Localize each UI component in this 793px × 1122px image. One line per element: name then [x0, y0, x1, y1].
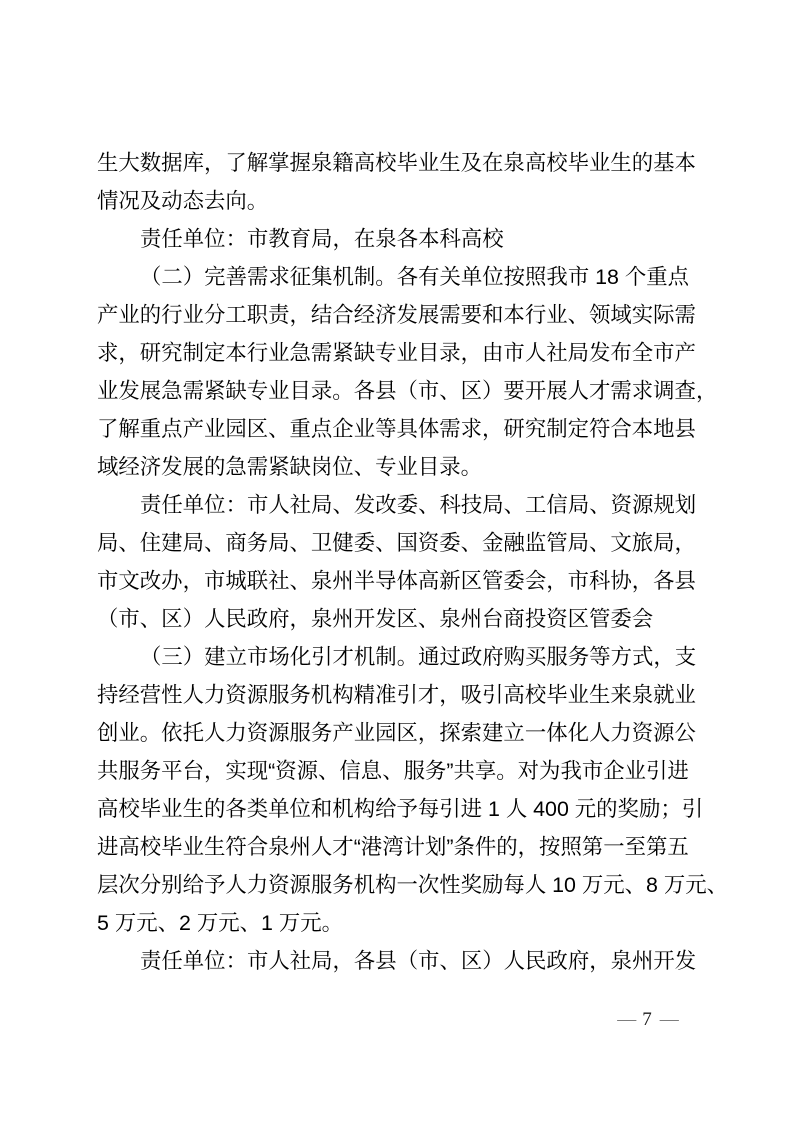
text-line: 业发展急需紧缺专业目录。各县（市、区）要开展人才需求调查， [97, 372, 711, 410]
text-line: 产业的行业分工职责，结合经济发展需要和本行业、领域实际需 [97, 296, 711, 334]
text-line: 5 万元、2 万元、1 万元。 [97, 904, 711, 942]
text-line-section-3-heading: （三）建立市场化引才机制。通过政府购买服务等方式，支 [97, 638, 711, 676]
text-line: 高校毕业生的各类单位和机构给予每引进 1 人 400 元的奖励；引 [97, 790, 711, 828]
page-number-value: 7 [634, 1009, 660, 1030]
text-line: （市、区）人民政府，泉州开发区、泉州台商投资区管委会 [97, 600, 711, 638]
text-line: 情况及动态去向。 [97, 182, 711, 220]
text-line: 了解重点产业园区、重点企业等具体需求，研究制定符合本地县 [97, 410, 711, 448]
text-line: 共服务平台，实现“资源、信息、服务”共享。对为我市企业引进 [97, 752, 711, 790]
text-line-section-2-heading: （二）完善需求征集机制。各有关单位按照我市 18 个重点 [97, 258, 711, 296]
text-line: 局、住建局、商务局、卫健委、国资委、金融监管局、文旅局， [97, 524, 711, 562]
text-line: 市文改办，市城联社、泉州半导体高新区管委会，市科协，各县 [97, 562, 711, 600]
text-line: 层次分别给予人力资源服务机构一次性奖励每人 10 万元、8 万元、 [97, 866, 711, 904]
text-line: 生大数据库，了解掌握泉籍高校毕业生及在泉高校毕业生的基本 [97, 144, 711, 182]
document-page: 生大数据库，了解掌握泉籍高校毕业生及在泉高校毕业生的基本 情况及动态去向。 责任… [0, 0, 793, 1122]
text-line-responsible-unit: 责任单位：市教育局，在泉各本科高校 [97, 220, 711, 258]
text-line: 创业。依托人力资源服务产业园区，探索建立一体化人力资源公 [97, 714, 711, 752]
page-number: —7— [612, 1008, 682, 1032]
text-line: 域经济发展的急需紧缺岗位、专业目录。 [97, 448, 711, 486]
text-line-responsible-unit: 责任单位：市人社局，各县（市、区）人民政府，泉州开发 [97, 942, 711, 980]
page-number-left-dash: — [617, 1009, 634, 1030]
document-body: 生大数据库，了解掌握泉籍高校毕业生及在泉高校毕业生的基本 情况及动态去向。 责任… [97, 144, 711, 980]
page-number-right-dash: — [660, 1009, 677, 1030]
text-line: 持经营性人力资源服务机构精准引才，吸引高校毕业生来泉就业 [97, 676, 711, 714]
text-line: 进高校毕业生符合泉州人才“港湾计划”条件的，按照第一至第五 [97, 828, 711, 866]
text-line: 求，研究制定本行业急需紧缺专业目录，由市人社局发布全市产 [97, 334, 711, 372]
text-line-responsible-unit: 责任单位：市人社局、发改委、科技局、工信局、资源规划 [97, 486, 711, 524]
